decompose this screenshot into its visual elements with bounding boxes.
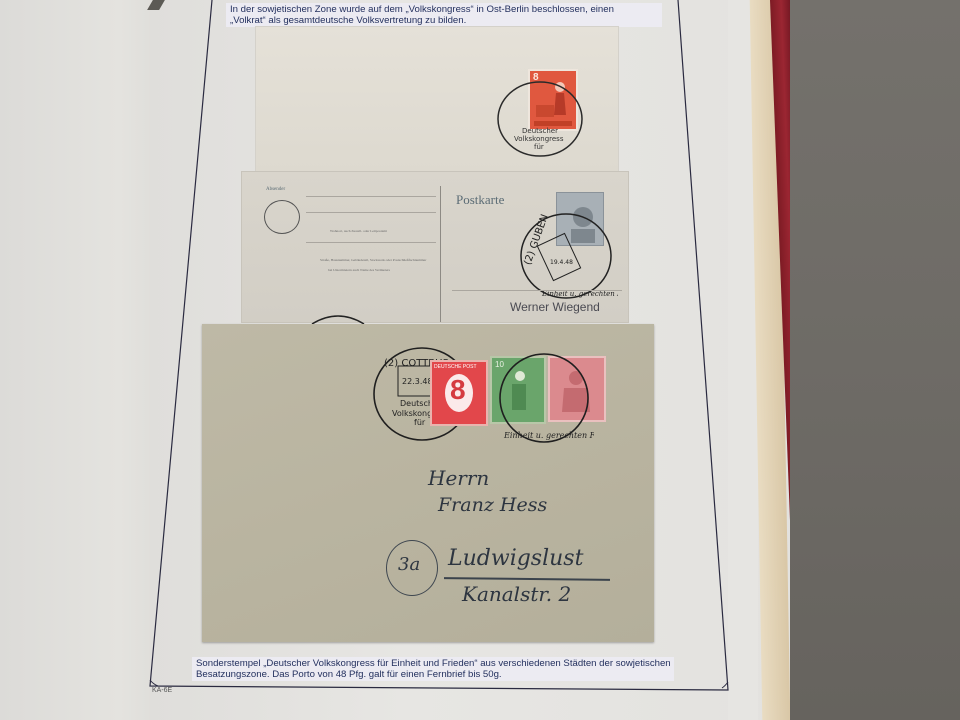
svg-text:Volkskongress: Volkskongress [514, 135, 564, 143]
svg-text:für: für [534, 143, 544, 151]
address-line-1: Herrn [428, 466, 489, 490]
zone-code: 3a [398, 554, 420, 575]
postcard: Absender Wohnort, auch Zustell- oder Lei… [242, 172, 628, 322]
stamp-label: DEUTSCHE POST [434, 364, 477, 370]
svg-text:(2) GUBEN: (2) GUBEN [522, 213, 550, 267]
background-surface [790, 0, 960, 720]
cover-top: 8 Deutscher Volkskongress für [256, 27, 618, 172]
address-line-3: Ludwigslust [448, 546, 583, 571]
postmark: (2) GUBEN 19.4.48 Einheit u. gerechten F… [514, 210, 618, 302]
address-line [452, 290, 622, 291]
form-hint: Straße, Hausnummer, Gebäudeteil, Stockwe… [320, 258, 426, 262]
footer-caption-line-1: Sonderstempel „Deutscher Volkskongress f… [196, 658, 670, 669]
form-line [306, 242, 436, 243]
postmark: Deutscher Volkskongress für [492, 75, 592, 165]
svg-text:für: für [414, 418, 426, 427]
header-caption-line-2: „Volkrat“ als gesamtdeutsche Volksvertre… [230, 15, 658, 26]
envelope: (2) COTTBUS 22.3.48 Deutscher Volkskongr… [202, 324, 654, 642]
address-line-4: Kanalstr. 2 [462, 582, 571, 606]
address-line-2: Franz Hess [438, 494, 547, 516]
svg-text:Einheit u. gerechten Frieden: Einheit u. gerechten Frieden [541, 290, 618, 298]
svg-text:22.3.48: 22.3.48 [402, 377, 433, 386]
form-line [306, 196, 436, 197]
footer-caption-line-2: Besatzungszone. Das Porto von 48 Pfg. ga… [196, 669, 670, 680]
postmark-fragment [308, 308, 368, 324]
form-divider [440, 186, 441, 322]
header-caption-line-1: In der sowjetischen Zone wurde auf dem „… [230, 4, 658, 15]
svg-text:19.4.48: 19.4.48 [550, 259, 573, 266]
header-caption: In der sowjetischen Zone wurde auf dem „… [226, 3, 662, 27]
svg-text:Deutscher: Deutscher [522, 127, 558, 135]
svg-text:Einheit u. gerechten Frieden: Einheit u. gerechten Frieden [503, 431, 594, 440]
sender-label: Absender [266, 187, 285, 192]
footer-caption: Sonderstempel „Deutscher Volkskongress f… [192, 657, 674, 681]
form-line [306, 212, 436, 213]
page-code: KA-6E [152, 687, 172, 694]
postcard-title: Postkarte [456, 192, 504, 208]
stamp-value: 8 [450, 374, 466, 406]
address-underline [444, 577, 610, 581]
sender-circle [264, 200, 300, 234]
stamp-8pf-numeral: DEUTSCHE POST 8 [430, 360, 488, 426]
form-hint: bei Untermietern auch Name des Vermieter… [328, 268, 390, 272]
addressee-name: Werner Wiegend [510, 300, 600, 314]
form-hint: Wohnort, auch Zustell- oder Leitpostamt [330, 229, 387, 233]
postmark-cottbus-2: Einheit u. gerechten Frieden [494, 350, 594, 446]
